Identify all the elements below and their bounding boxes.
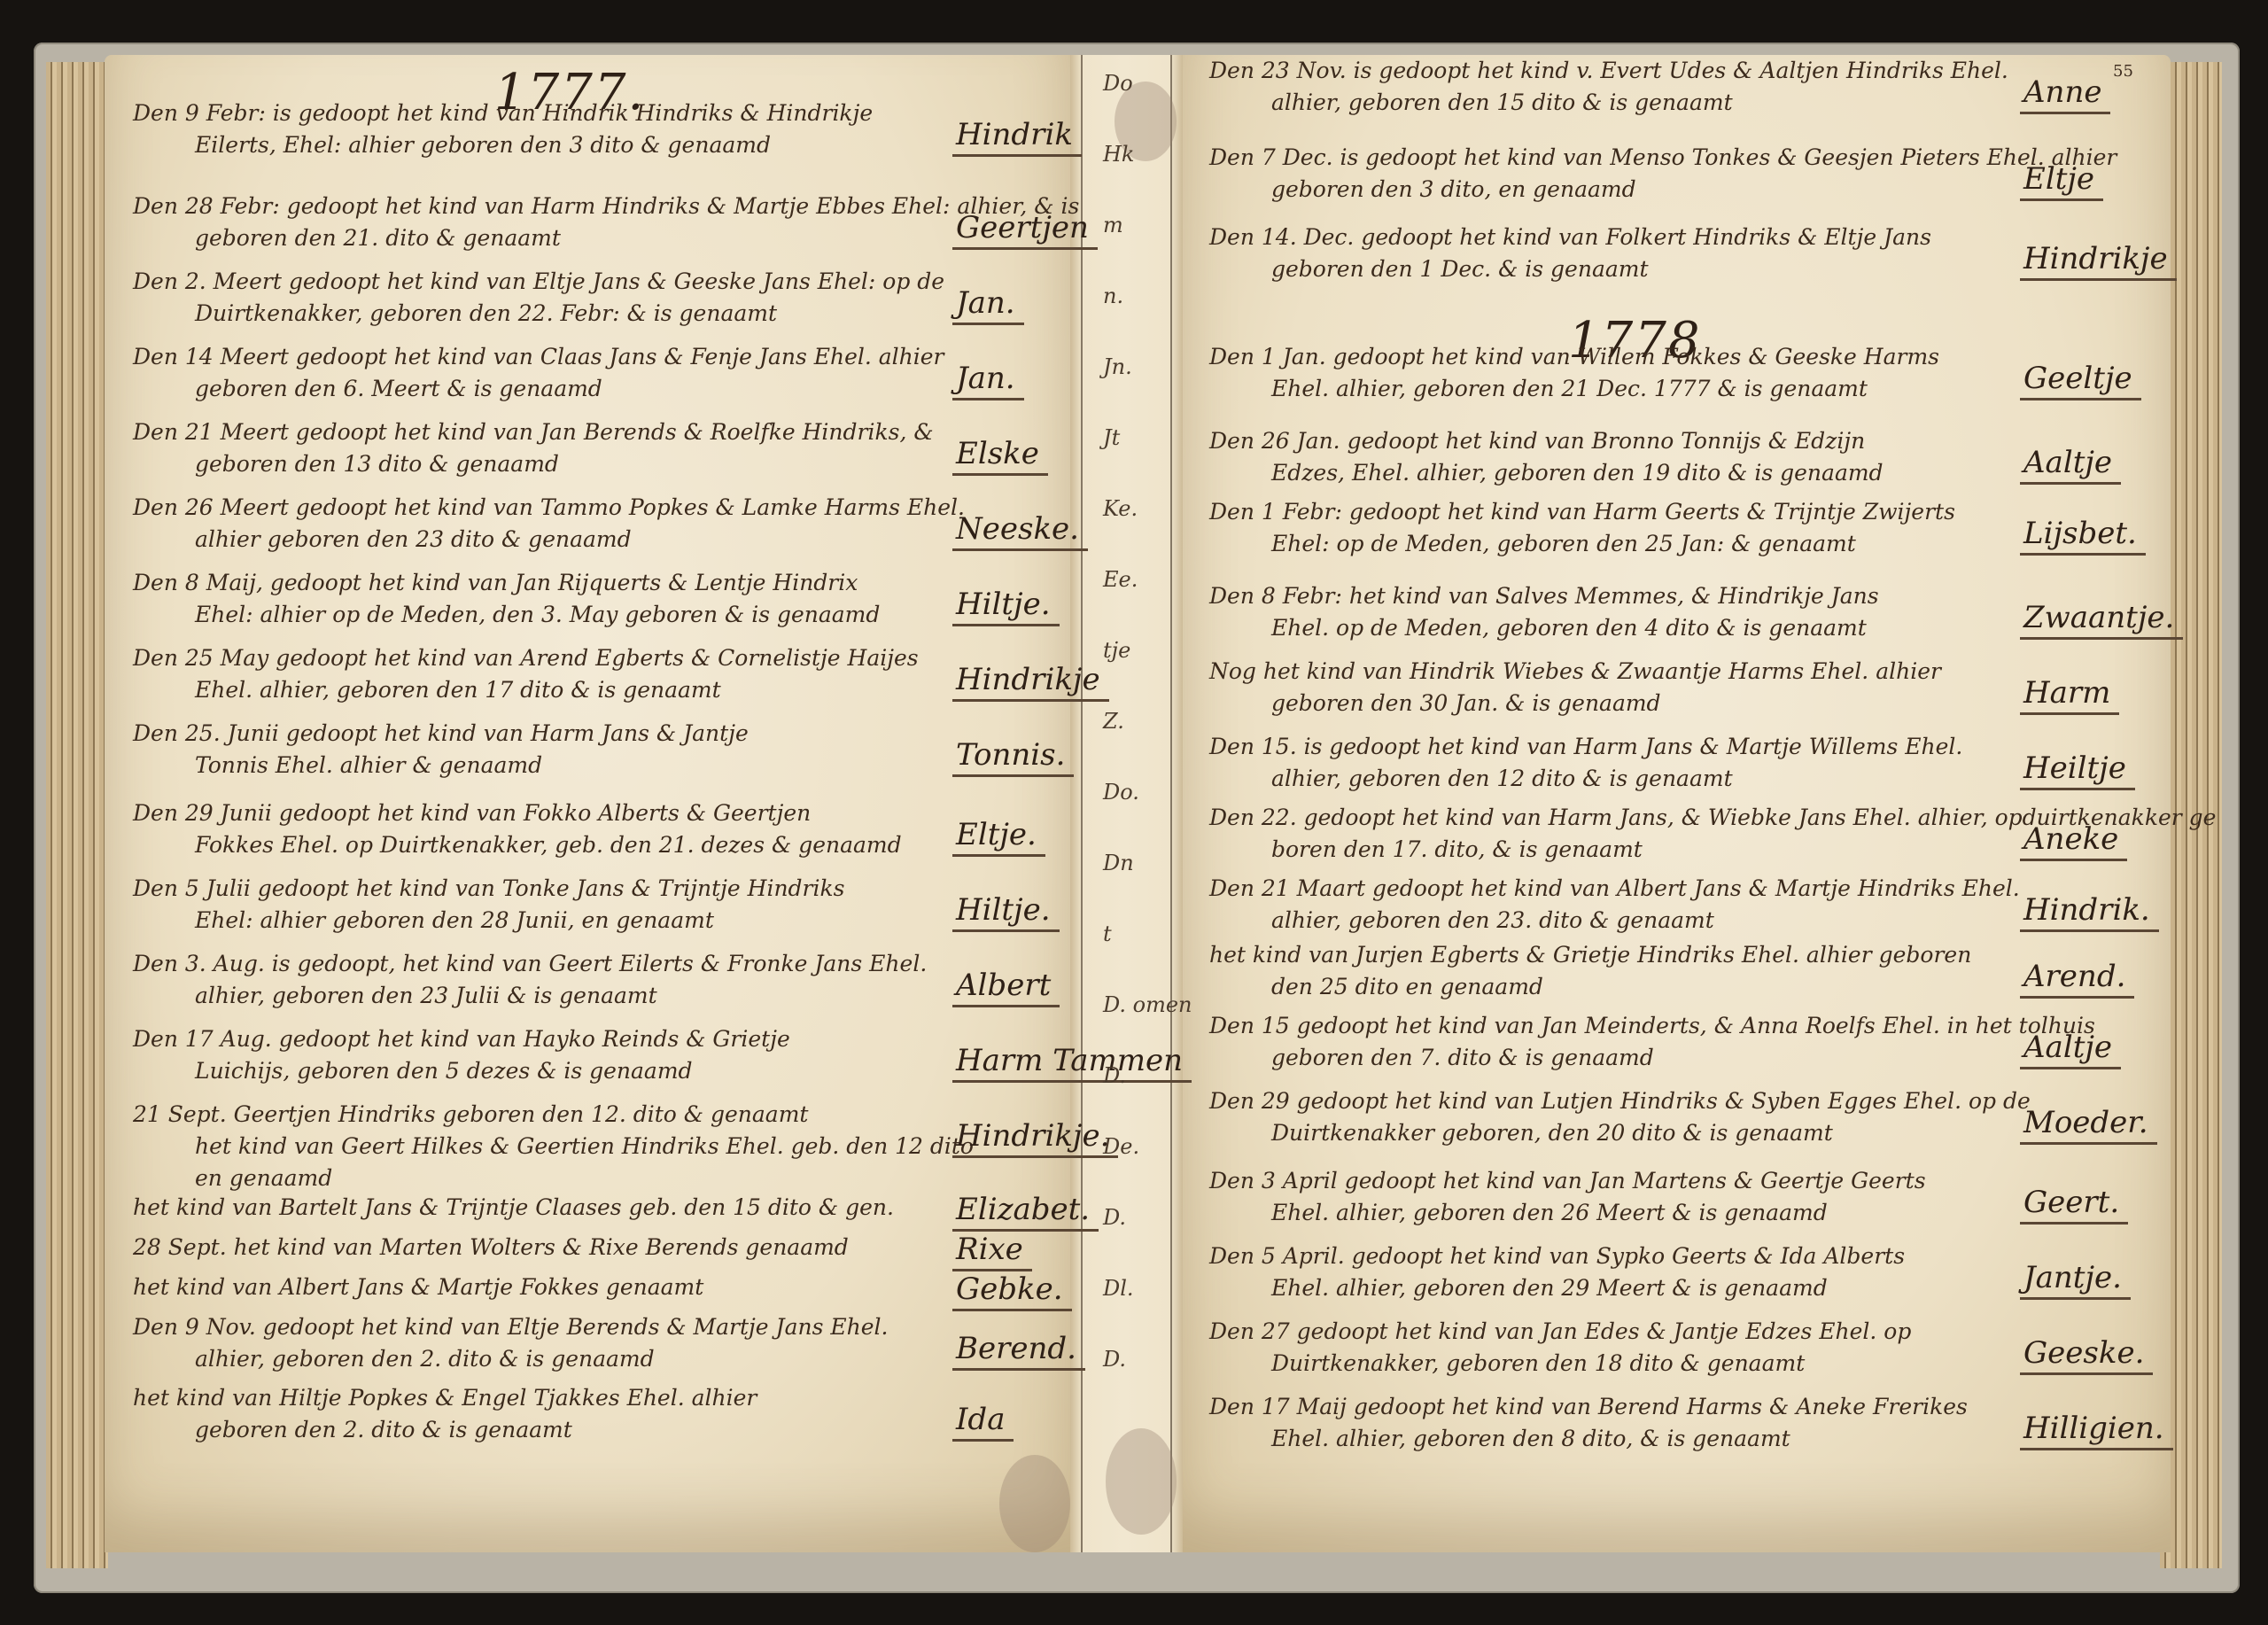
register-entry: Den 9 Nov. gedoopt het kind van Eltje Be… (133, 1311, 888, 1375)
child-name: Heiltje (2020, 750, 2135, 790)
water-stain (999, 1455, 1070, 1552)
child-name: Geert. (2020, 1185, 2128, 1225)
child-name: Hiltje. (952, 892, 1060, 932)
entry-line: Ehel. alhier, geboren den 29 Meert & is … (1209, 1272, 1905, 1304)
register-entry: 21 Sept. Geertjen Hindriks geboren den 1… (133, 1099, 974, 1194)
gutter-mark: De. (1103, 1134, 1139, 1159)
entry-line: Ehel: op de Meden, geboren den 25 Jan: &… (1209, 528, 1955, 560)
register-entry: Den 25. Junii gedoopt het kind van Harm … (133, 718, 749, 781)
entry-line: Ehel. alhier, geboren den 8 dito, & is g… (1209, 1423, 1968, 1455)
register-entry: Den 29 Junii gedoopt het kind van Fokko … (133, 797, 902, 861)
register-entry: Den 28 Febr: gedoopt het kind van Harm H… (133, 190, 1079, 254)
register-entry: Den 5 Julii gedoopt het kind van Tonke J… (133, 873, 844, 937)
register-entry: Den 14. Dec. gedoopt het kind van Folker… (1209, 222, 1931, 285)
entry-line: alhier geboren den 23 dito & genaamd (133, 524, 965, 556)
child-name: Hindrikje (2020, 241, 2177, 281)
entry-line: Den 29 Junii gedoopt het kind van Fokko … (133, 797, 902, 829)
register-entry: het kind van Jurjen Egberts & Grietje Hi… (1209, 939, 1971, 1003)
entry-line: alhier, geboren den 12 dito & is genaamt (1209, 763, 1962, 795)
entry-line: Den 1 Febr: gedoopt het kind van Harm Ge… (1209, 496, 1955, 528)
child-name: Anne (2020, 74, 2110, 114)
gutter-mark: Hk (1103, 142, 1134, 167)
child-name: Harm Tammen (952, 1043, 1192, 1083)
child-name: Jan. (952, 285, 1024, 325)
gutter-mark: Ke. (1103, 496, 1138, 521)
entry-line: alhier, geboren den 23 Julii & is genaam… (133, 980, 927, 1012)
entry-line: het kind van Bartelt Jans & Trijntje Cla… (133, 1192, 894, 1224)
child-name: Hindrik. (2020, 892, 2159, 932)
child-name: Jan. (952, 361, 1024, 400)
gutter-mark: tje (1103, 638, 1130, 663)
entry-line: alhier, geboren den 23. dito & genaamt (1209, 905, 2020, 937)
gutter-mark: Jn. (1103, 354, 1132, 379)
entry-line: Den 8 Febr: het kind van Salves Memmes, … (1209, 580, 1879, 612)
gutter-mark: D. omen (1103, 992, 1192, 1017)
entry-line: Den 26 Jan. gedoopt het kind van Bronno … (1209, 425, 1884, 457)
gutter-mark: n. (1103, 284, 1123, 308)
gutter-mark: Do. (1103, 780, 1139, 805)
child-name: Gebke. (952, 1271, 1072, 1311)
register-entry: Den 2. Meert gedoopt het kind van Eltje … (133, 266, 944, 330)
gutter-mark: Ee. (1103, 567, 1138, 592)
water-stain (1106, 1428, 1177, 1535)
register-entry: Den 7 Dec. is gedoopt het kind van Menso… (1209, 142, 2117, 206)
register-entry: Den 25 May gedoopt het kind van Arend Eg… (133, 642, 919, 706)
register-entry: Den 3 April gedoopt het kind van Jan Mar… (1209, 1165, 1926, 1229)
child-name: Aaltje (2020, 1030, 2121, 1069)
child-name: Tonnis. (952, 737, 1074, 777)
entry-line: Den 21 Maart gedoopt het kind van Albert… (1209, 873, 2020, 905)
gutter-mark: Dl. (1103, 1276, 1134, 1301)
entry-line: het kind van Jurjen Egberts & Grietje Hi… (1209, 939, 1971, 971)
entry-line: Den 21 Meert gedoopt het kind van Jan Be… (133, 416, 934, 448)
child-name: Lijsbet. (2020, 516, 2146, 556)
entry-line: Den 14. Dec. gedoopt het kind van Folker… (1209, 222, 1931, 253)
entry-line: Den 5 April. gedoopt het kind van Sypko … (1209, 1240, 1905, 1272)
child-name: Hindrikje. (952, 1118, 1118, 1158)
register-entry: Den 3. Aug. is gedoopt, het kind van Gee… (133, 948, 927, 1012)
entry-line: Duirtkenakker geboren, den 20 dito & is … (1209, 1117, 2031, 1149)
entry-line: Den 14 Meert gedoopt het kind van Claas … (133, 341, 944, 373)
child-name: Harm (2020, 675, 2119, 715)
child-name: Zwaantje. (2020, 600, 2183, 640)
gutter-mark: D. (1103, 1347, 1126, 1372)
child-name: Aneke (2020, 821, 2127, 861)
entry-line: Den 7 Dec. is gedoopt het kind van Menso… (1209, 142, 2117, 174)
entry-line: geboren den 6. Meert & is genaamd (133, 373, 944, 405)
gutter-mark: Jt (1103, 425, 1120, 450)
child-name: Elizabet. (952, 1192, 1099, 1232)
entry-line: Den 28 Febr: gedoopt het kind van Harm H… (133, 190, 1079, 222)
child-name: Hiltje. (952, 587, 1060, 626)
child-name: Moeder. (2020, 1105, 2157, 1145)
entry-line: 28 Sept. het kind van Marten Wolters & R… (133, 1232, 849, 1263)
child-name: Hindrik (952, 117, 1082, 157)
entry-line: Den 17 Aug. gedoopt het kind van Hayko R… (133, 1023, 790, 1055)
gutter-mark: t (1103, 921, 1112, 946)
gutter-mark: D. (1103, 1063, 1126, 1088)
register-entry: Den 14 Meert gedoopt het kind van Claas … (133, 341, 944, 405)
child-name: Neeske. (952, 511, 1088, 551)
register-entry: Nog het kind van Hindrik Wiebes & Zwaant… (1209, 656, 1941, 719)
child-name: Geertjen (952, 210, 1098, 250)
register-entry: Den 21 Maart gedoopt het kind van Albert… (1209, 873, 2020, 937)
entry-line: Fokkes Ehel. op Duirtkenakker, geb. den … (133, 829, 902, 861)
gutter-mark: m (1103, 213, 1123, 237)
register-entry: Den 27 gedoopt het kind van Jan Edes & J… (1209, 1316, 1911, 1380)
child-name: Arend. (2020, 959, 2134, 999)
entry-line: Den 9 Nov. gedoopt het kind van Eltje Be… (133, 1311, 888, 1343)
child-name: Jantje. (2020, 1260, 2131, 1300)
page-number: 55 (2113, 62, 2133, 81)
entry-line: Duirtkenakker, geboren den 22. Febr: & i… (133, 298, 944, 330)
child-name: Hindrikje (952, 662, 1109, 702)
entry-line: Den 27 gedoopt het kind van Jan Edes & J… (1209, 1316, 1911, 1348)
register-entry: Den 21 Meert gedoopt het kind van Jan Be… (133, 416, 934, 480)
gutter-mark: Do (1103, 71, 1133, 96)
register-entry: het kind van Bartelt Jans & Trijntje Cla… (133, 1192, 894, 1224)
child-name: Rixe (952, 1232, 1032, 1271)
child-name: Hilligien. (2020, 1411, 2173, 1450)
entry-line: Den 29 gedoopt het kind van Lutjen Hindr… (1209, 1085, 2031, 1117)
entry-line: den 25 dito en genaamd (1209, 971, 1971, 1003)
entry-line: alhier, geboren den 15 dito & is genaamt (1209, 87, 2008, 119)
child-name: Eltje (2020, 161, 2103, 201)
entry-line: Den 15 gedoopt het kind van Jan Meindert… (1209, 1010, 2095, 1042)
entry-line: Ehel. alhier, geboren den 26 Meert & is … (1209, 1197, 1926, 1229)
child-name: Albert (952, 968, 1060, 1007)
gutter-mark: Dn (1103, 851, 1134, 875)
child-name: Berend. (952, 1331, 1085, 1371)
gutter-mark: D. (1103, 1205, 1126, 1230)
entry-line: Nog het kind van Hindrik Wiebes & Zwaant… (1209, 656, 1941, 688)
entry-line: Tonnis Ehel. alhier & genaamd (133, 750, 749, 781)
entry-line: Den 1 Jan. gedoopt het kind van Willem F… (1209, 341, 1939, 373)
entry-line: Den 17 Maij gedoopt het kind van Berend … (1209, 1391, 1968, 1423)
entry-line: Den 26 Meert gedoopt het kind van Tammo … (133, 492, 965, 524)
register-entry: het kind van Hiltje Popkes & Engel Tjakk… (133, 1382, 757, 1446)
entry-line: Den 2. Meert gedoopt het kind van Eltje … (133, 266, 944, 298)
entry-line: 21 Sept. Geertjen Hindriks geboren den 1… (133, 1099, 974, 1131)
register-entry: 28 Sept. het kind van Marten Wolters & R… (133, 1232, 849, 1263)
entry-line: geboren den 13 dito & genaamd (133, 448, 934, 480)
register-entry: Den 1 Febr: gedoopt het kind van Harm Ge… (1209, 496, 1955, 560)
entry-line: geboren den 3 dito, en genaamd (1209, 174, 2117, 206)
entry-line: Eilerts, Ehel: alhier geboren den 3 dito… (133, 129, 873, 161)
entry-line: Den 9 Febr: is gedoopt het kind van Hind… (133, 97, 873, 129)
entry-line: geboren den 30 Jan. & is genaamd (1209, 688, 1941, 719)
child-name: Geeltje (2020, 361, 2141, 400)
entry-line: Den 25 May gedoopt het kind van Arend Eg… (133, 642, 919, 674)
page-edges-left (46, 62, 108, 1568)
entry-line: Ehel: alhier geboren den 28 Junii, en ge… (133, 905, 844, 937)
entry-line: geboren den 7. dito & is genaamd (1209, 1042, 2095, 1074)
register-entry: Den 5 April. gedoopt het kind van Sypko … (1209, 1240, 1905, 1304)
entry-line: Luichijs, geboren den 5 dezes & is genaa… (133, 1055, 790, 1087)
entry-line: geboren den 21. dito & genaamt (133, 222, 1079, 254)
entry-line: alhier, geboren den 2. dito & is genaamd (133, 1343, 888, 1375)
entry-line: het kind van Geert Hilkes & Geertien Hin… (133, 1131, 974, 1162)
child-name: Ida (952, 1402, 1014, 1442)
child-name: Eltje. (952, 817, 1045, 857)
entry-line: Den 15. is gedoopt het kind van Harm Jan… (1209, 731, 1962, 763)
register-entry: Den 15. is gedoopt het kind van Harm Jan… (1209, 731, 1962, 795)
register-entry: Den 9 Febr: is gedoopt het kind van Hind… (133, 97, 873, 161)
entry-line: Duirtkenakker, geboren den 18 dito & gen… (1209, 1348, 1911, 1380)
register-entry: Den 26 Meert gedoopt het kind van Tammo … (133, 492, 965, 556)
register-entry: het kind van Albert Jans & Martje Fokkes… (133, 1271, 703, 1303)
entry-line: Ehel. alhier, geboren den 17 dito & is g… (133, 674, 919, 706)
register-entry: Den 1 Jan. gedoopt het kind van Willem F… (1209, 341, 1939, 405)
register-entry: Den 17 Maij gedoopt het kind van Berend … (1209, 1391, 1968, 1455)
entry-line: Den 3 April gedoopt het kind van Jan Mar… (1209, 1165, 1926, 1197)
register-entry: Den 15 gedoopt het kind van Jan Meindert… (1209, 1010, 2095, 1074)
entry-line: geboren den 1 Dec. & is genaamt (1209, 253, 1931, 285)
gutter-mark: Z. (1103, 709, 1124, 734)
entry-line: Ehel. op de Meden, geboren den 4 dito & … (1209, 612, 1879, 644)
register-entry: Den 29 gedoopt het kind van Lutjen Hindr… (1209, 1085, 2031, 1149)
register-entry: Den 23 Nov. is gedoopt het kind v. Evert… (1209, 55, 2008, 119)
entry-line: Den 3. Aug. is gedoopt, het kind van Gee… (133, 948, 927, 980)
child-name: Aaltje (2020, 445, 2121, 485)
register-entry: Den 8 Febr: het kind van Salves Memmes, … (1209, 580, 1879, 644)
entry-line: Den 5 Julii gedoopt het kind van Tonke J… (133, 873, 844, 905)
entry-line: Den 23 Nov. is gedoopt het kind v. Evert… (1209, 55, 2008, 87)
entry-line: Den 8 Maij, gedoopt het kind van Jan Rij… (133, 567, 880, 599)
entry-line: Ehel. alhier, geboren den 21 Dec. 1777 &… (1209, 373, 1939, 405)
register-entry: Den 17 Aug. gedoopt het kind van Hayko R… (133, 1023, 790, 1087)
entry-line: het kind van Hiltje Popkes & Engel Tjakk… (133, 1382, 757, 1414)
child-name: Geeske. (2020, 1335, 2153, 1375)
entry-line: geboren den 2. dito & is genaamt (133, 1414, 757, 1446)
child-name: Elske (952, 436, 1048, 476)
entry-line: Den 25. Junii gedoopt het kind van Harm … (133, 718, 749, 750)
entry-line: het kind van Albert Jans & Martje Fokkes… (133, 1271, 703, 1303)
register-entry: Den 26 Jan. gedoopt het kind van Bronno … (1209, 425, 1884, 489)
entry-line: Edzes, Ehel. alhier, geboren den 19 dito… (1209, 457, 1884, 489)
entry-line: Ehel: alhier op de Meden, den 3. May geb… (133, 599, 880, 631)
register-entry: Den 8 Maij, gedoopt het kind van Jan Rij… (133, 567, 880, 631)
entry-line: en genaamd (133, 1162, 974, 1194)
